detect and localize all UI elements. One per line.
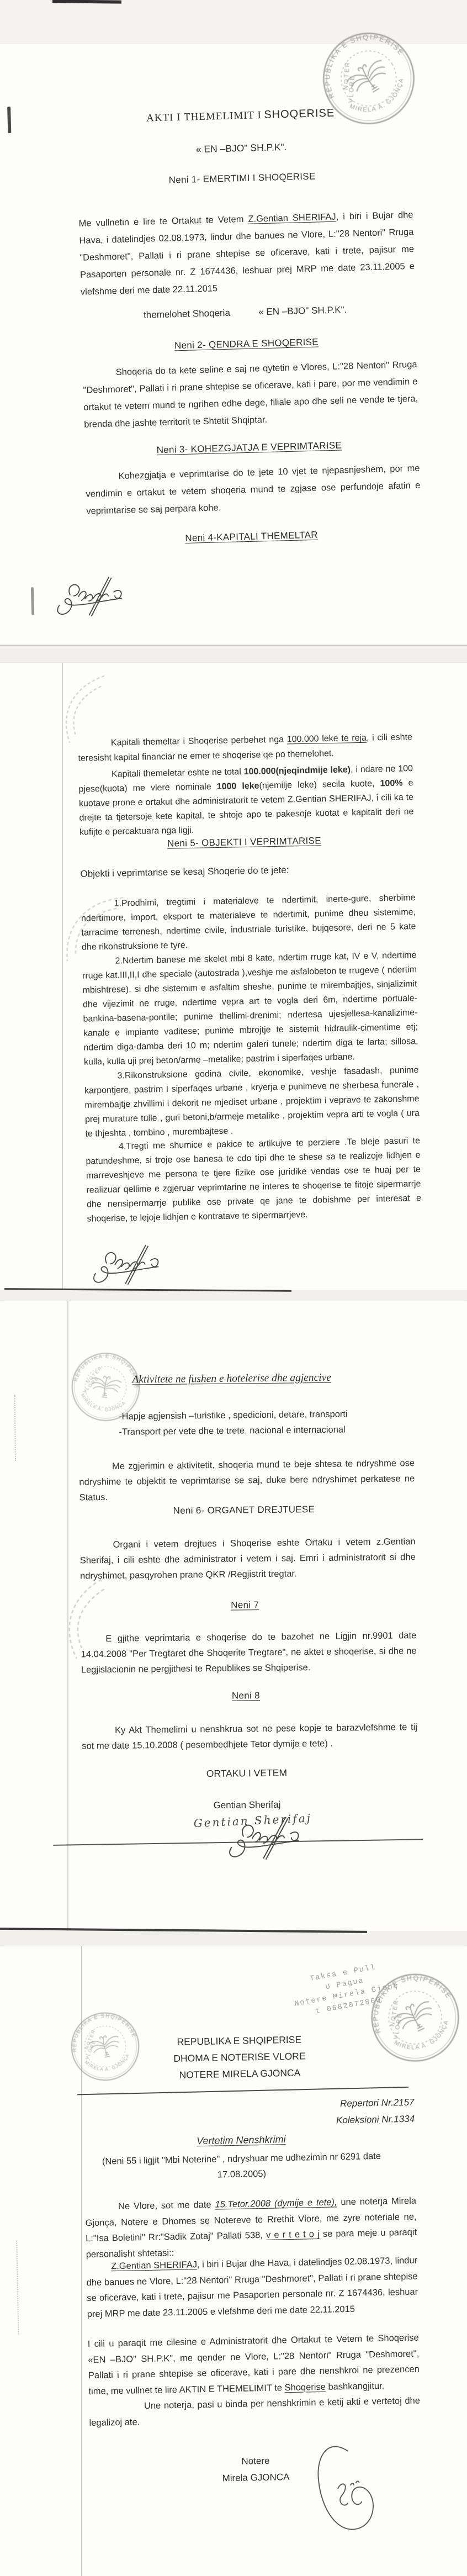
neni-55-reference: (Neni 55 i ligjit "Mbi Noterine" , ndrys… — [67, 2148, 416, 2186]
document-title-part1: AKTI I THEMELIMIT I — [146, 109, 262, 124]
section-heading-neni-8: Neni 8 — [69, 1688, 422, 1703]
staple-mark — [7, 107, 11, 133]
company-name: « EN –BJO" SH.P.K". — [65, 138, 418, 159]
page-1-sheet: AKTI I THEMELIMIT I SHOQERISE « EN –BJO"… — [0, 44, 467, 644]
koleksioni-number: Koleksioni Nr.1334 — [238, 2114, 415, 2128]
activities-bullet-2: -Transport per vete dhe te trete, nacion… — [119, 1421, 428, 1440]
paragraph-neni-3: Kohezgjatja e veprimtarise do te jete 10… — [85, 460, 421, 520]
scanned-document-canvas: AKTI I THEMELIMIT I SHOQERISE « EN –BJO"… — [0, 0, 467, 2576]
paragraph-intro: Me vullnetin e lire te Ortakut te Vetem … — [78, 207, 415, 301]
section-heading-neni-7: Neni 7 — [68, 1598, 422, 1613]
notary-round-stamp — [304, 13, 434, 144]
founder-signature — [86, 1239, 170, 1288]
sole-partner-label: ORTAKU I VETEM — [70, 1766, 423, 1781]
paragraph-legalization: Une noterja, pasi u binda per nenshkrimi… — [89, 2393, 421, 2431]
citizen-name: Z.Gentian SHERIFAJ — [111, 2260, 197, 2271]
founding-pre: themelohet Shoqeria — [144, 308, 230, 320]
founding-line: themelohet Shoqeria « EN –BJO" SH.P.K". — [144, 302, 453, 321]
capital-amount: 100.000 leke te reja — [287, 733, 367, 745]
activity-item-3: 3.Rikonstruksione godina civile, ekonomi… — [84, 1063, 420, 1142]
section-heading-neni-2: Neni 2- QENDRA E SHOQERISE — [70, 334, 423, 355]
document-title-part2: SHOQERISE — [264, 107, 335, 121]
page-edge-line — [0, 645, 467, 646]
cap2-quota-value: 1000 leke — [217, 782, 259, 791]
notary-signature — [309, 2434, 386, 2546]
section-heading-neni-3: Neni 3- KOHEZGJATJA E VEPRIMTARISE — [72, 438, 426, 458]
cap2-seg: (njemilje leke) secila kuote, — [259, 779, 380, 790]
capital-pre: Kapitali themeltar i Shoqerise perbehet … — [111, 735, 287, 748]
paragraph-capital-1: Kapitali themeltar i Shoqerise perbehet … — [78, 730, 413, 766]
partner-signature — [226, 1806, 307, 1868]
staple-mark — [31, 587, 34, 615]
notary-date: 15.Tetor.2008 (dymije e tete), — [215, 2197, 337, 2209]
activity-item-2: 2.Ndertim banese me skelet mbi 8 kate, n… — [82, 948, 418, 1070]
section-heading-neni-6: Neni 6- ORGANET DREJTUESE — [67, 1503, 421, 1518]
vertetim-heading: Vertetim Nenshkrimi — [73, 2131, 410, 2150]
scan-margin-scribble — [0, 1395, 16, 1461]
founding-company-name: « EN –BJO" SH.P.K". — [258, 304, 347, 317]
section-heading-neni-4: Neni 4-KAPITALI THEMELTAR — [75, 526, 428, 547]
notary-name-label: Mirela GJONCA — [189, 2471, 322, 2485]
page-3-sheet: Aktivitete ne fushen e hotelerise dhe ag… — [0, 1301, 467, 1931]
capacity-underlined: Shoqerise — [284, 2382, 326, 2392]
paragraph-neni-2: Shoqeria do ta kete seline e saj ne qyte… — [82, 356, 418, 434]
activity-item-4: 4.Tregti me shumice e pakice te artikujv… — [86, 1134, 422, 1227]
cap2-seg: Kapitali themeletar eshte ne total — [112, 767, 244, 779]
cap2-amount-total: 100.000(njeqindmije leke) — [243, 765, 351, 777]
paragraph-citizen-identity: Z.Gentian SHERIFAJ, i biri i Bujar dhe H… — [86, 2253, 418, 2322]
repertori-number: Repertori Nr.2157 — [237, 2097, 414, 2112]
page-4-sheet: Taksa e Pull U Pagua Notere Mirela Gjonç… — [0, 1946, 467, 2576]
intro-text-pre: Me vullnetin e lire te Ortakut te Vetem — [78, 214, 248, 229]
activities-heading: Aktivitete ne fushen e hotelerise dhe ag… — [132, 1371, 347, 1386]
paragraph-organi: Organi i vetem drejtues i Shoqerise esht… — [79, 1534, 416, 1583]
notary-title-label: Notere — [189, 2454, 322, 2468]
founder-name: Z.Gentian SHERIFAJ — [248, 212, 336, 224]
founder-signature — [54, 571, 129, 620]
notary-intro-pre: Ne Vlore, sot me date — [118, 2200, 215, 2211]
paragraph-ligji: E gjithe veprimtaria e shoqerise do te b… — [81, 1628, 417, 1677]
paragraph-objekti-lead: Objekti i veprimtarise se kesaj Shoqerie… — [80, 862, 415, 880]
paragraph-capital-2: Kapitali themeletar eshte ne total 100.0… — [78, 762, 414, 840]
section-heading-neni-1: Neni 1- EMERTIMI I SHOQERISE — [65, 168, 418, 189]
page-2-sheet: Kapitali themeltar i Shoqerise perbehet … — [0, 663, 467, 1290]
cap2-percent: 100% — [380, 779, 402, 789]
paragraph-akt-themelimi: Ky Akt Themelimi u nenshkrua sot ne pese… — [82, 1719, 418, 1754]
vertetoj-word: v e r t e t o j — [266, 2229, 320, 2240]
header-divider-line — [77, 2087, 408, 2095]
capacity-post: bashkangjitur. — [326, 2380, 385, 2392]
paragraph-capacity: I cili u paraqit me cilesine e Administr… — [88, 2330, 420, 2399]
scan-margin-scribble — [3, 2241, 19, 2335]
scan-edge-sliver — [52, 0, 121, 4]
activity-item-1: 1.Prodhimi, tregtimi i materialeve te nd… — [81, 891, 416, 955]
paragraph-notary-intro: Ne Vlore, sot me date 15.Tetor.2008 (dym… — [85, 2193, 417, 2262]
paragraph-expansion: Me zgjerimin e aktivitetit, shoqeria mun… — [79, 1455, 415, 1505]
